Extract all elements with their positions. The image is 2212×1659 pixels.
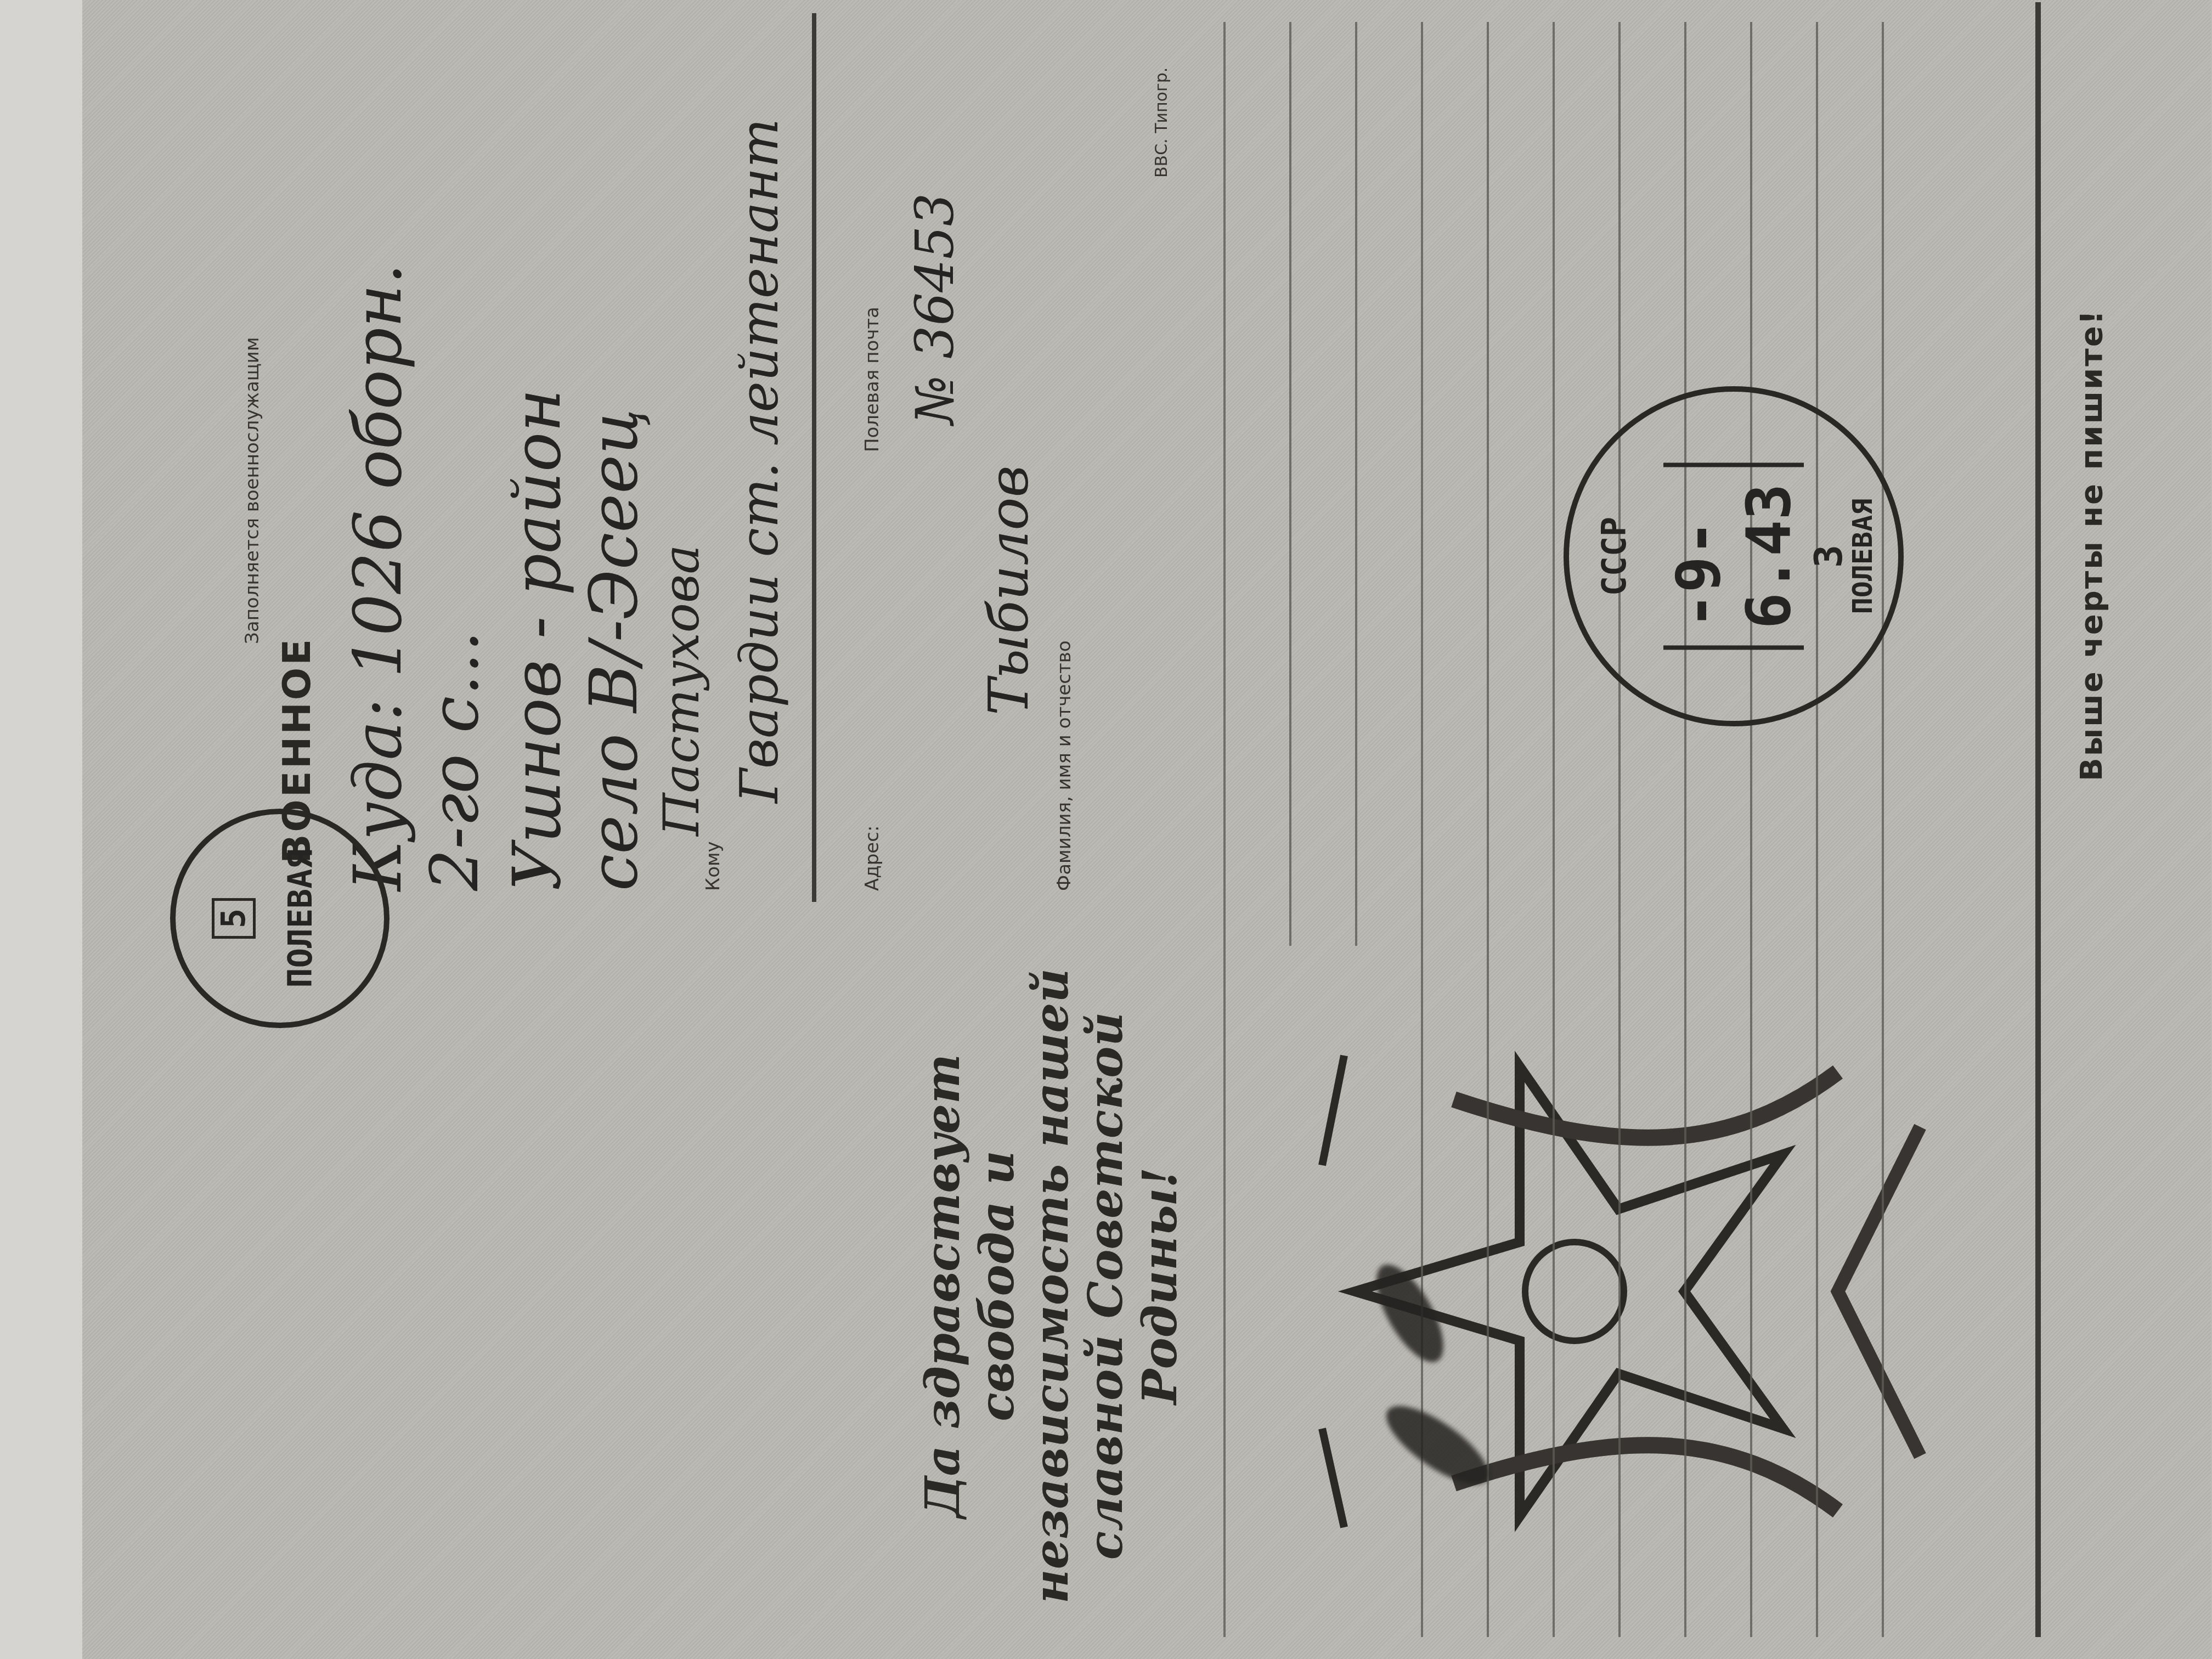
fieldpost-label: Полевая почта xyxy=(861,307,883,452)
postmark-bottom-text: ПОЛЕВАЯ xyxy=(1847,499,1878,614)
address-divider xyxy=(812,13,816,902)
address-line-4: село В/-Эсеец xyxy=(576,409,652,891)
corner-postmark-text: ПОЛЕВАЯ xyxy=(281,849,320,988)
address-line-2: 2-го с… xyxy=(417,630,493,891)
publisher-mark: ВВС. Типогр. xyxy=(1152,67,1171,178)
corner-postmark-number: 5 xyxy=(212,898,256,939)
round-postmark: СССР -9-6.43 3 ПОЛЕВАЯ xyxy=(1564,386,1904,726)
address-line-1: Куда: 1026 оборн. xyxy=(340,263,416,891)
patriotic-slogan: Да здравствует свобода и независимость н… xyxy=(916,957,1187,1615)
letter-sheet: ВОЕННОЕ Заполняется военнослужащим Куда:… xyxy=(82,0,2211,1659)
postmark-top-text: СССР xyxy=(1595,517,1634,596)
ruled-line xyxy=(1223,22,1226,1637)
ruled-line xyxy=(1355,22,1357,946)
ruled-line xyxy=(1618,22,1621,1637)
sender-name-caption: Фамилия, имя и отчество xyxy=(1053,640,1075,891)
ruled-line xyxy=(1487,22,1489,1637)
ruled-line xyxy=(1553,22,1555,1637)
corner-postmark: ПОЛЕВАЯ 5 xyxy=(170,809,390,1028)
ruled-line xyxy=(1289,22,1291,946)
fieldpost-number: № 36453 xyxy=(905,193,966,425)
ruled-line xyxy=(1882,22,1884,1637)
write-above-line xyxy=(2035,2,2041,1637)
recipient-label: Кому xyxy=(702,841,724,891)
ruled-line xyxy=(1421,22,1423,1637)
address-line-5: Пастухова xyxy=(653,545,710,836)
write-above-note: Выше черты не пишите! xyxy=(2074,309,2109,781)
ruled-line xyxy=(1816,22,1818,1637)
ruled-line xyxy=(1684,22,1686,1637)
sender-address-label: Адрес: xyxy=(861,826,883,891)
recipient-handwritten: Гвардии ст. лейтенант xyxy=(730,119,790,803)
sender-name: Тыбилов xyxy=(977,465,1041,715)
rotated-letter-content: ВОЕННОЕ Заполняется военнослужащим Куда:… xyxy=(82,0,2211,1659)
postmark-date: -9-6.43 xyxy=(1663,463,1804,650)
postmark-number: 3 xyxy=(1806,545,1851,568)
ruled-line xyxy=(1750,22,1752,1637)
header-small-caption: Заполняется военнослужащим xyxy=(241,337,263,644)
address-line-3: Ушнов - район xyxy=(499,389,575,891)
